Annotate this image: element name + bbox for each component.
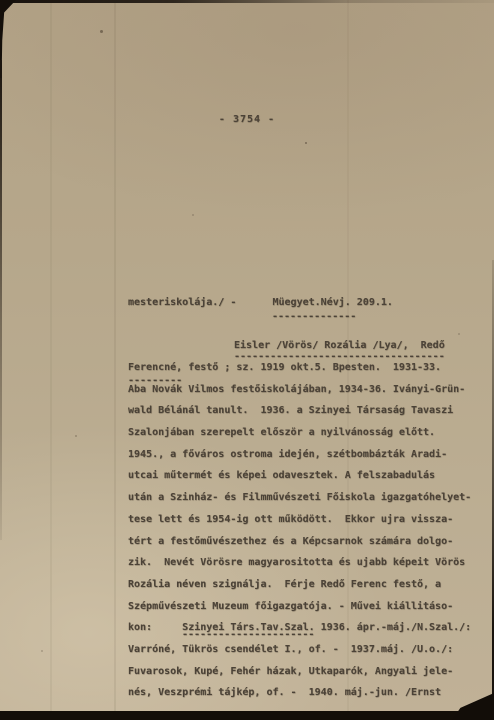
- text-line: Fuvarosok, Kupé, Fehér házak, Utkaparók,…: [128, 661, 480, 683]
- text-line: utcai műtermét és képei odavesztek. A fe…: [128, 465, 480, 487]
- text-line: Rozália néven szignálja. Férje Redő Fere…: [128, 574, 480, 596]
- paper-speck: [100, 30, 103, 33]
- text-line: tért a festőművészethez és a Képcsarnok …: [128, 531, 480, 553]
- text-line: Szépművészeti Muzeum főigazgatója. - Műv…: [128, 596, 480, 618]
- scan-edge-left: [0, 60, 2, 540]
- header-underline: --------------: [272, 312, 356, 322]
- text-line: nés, Veszprémi tájkép, of. - 1940. máj.-…: [128, 682, 480, 704]
- paper-crease: [50, 0, 52, 720]
- text-line: után a Szinház- és Filmművészeti Főiskol…: [128, 487, 480, 509]
- text-line: 1945., a főváros ostroma idején, szétbom…: [128, 444, 480, 466]
- scanned-document-page: - 3754 - mesteriskolája./ - Müegyet.Névj…: [0, 0, 494, 720]
- scan-edge-top-left-corner: [0, 0, 16, 78]
- paper-speck: [192, 214, 194, 216]
- text-line: tese lett és 1954-ig ott működött. Ekkor…: [128, 509, 480, 531]
- paper-speck: [458, 333, 460, 335]
- text-line: kon: Szinyei Társ.Tav.Szal. 1936. ápr.-m…: [128, 617, 480, 639]
- text-line: Varróné, Tükrös csendélet I., of. - 1937…: [128, 639, 480, 661]
- text-line: Szalonjában szerepelt először a nyilváno…: [128, 422, 480, 444]
- paper-speck: [305, 142, 307, 144]
- page-number: - 3754 -: [0, 112, 494, 128]
- paper-speck: [75, 435, 77, 437]
- text-line: wald Bélánál tanult. 1936. a Szinyei Tár…: [128, 400, 480, 422]
- paper-speck: [41, 650, 43, 652]
- paper-crease: [114, 0, 116, 720]
- text-line: Aba Novák Vilmos festőiskolájában, 1934-…: [128, 379, 480, 401]
- entry-body-text: Ferencné, festő ; sz. 1919 okt.5. Bpeste…: [128, 357, 480, 704]
- header-line: mesteriskolája./ - Müegyet.Névj. 209.1.: [128, 295, 393, 311]
- text-line: Ferencné, festő ; sz. 1919 okt.5. Bpeste…: [128, 357, 480, 379]
- scan-edge-top: [0, 0, 494, 3]
- scan-edge-bottom: [0, 711, 494, 720]
- text-line: zik. Nevét Vörösre magyarositotta és uja…: [128, 552, 480, 574]
